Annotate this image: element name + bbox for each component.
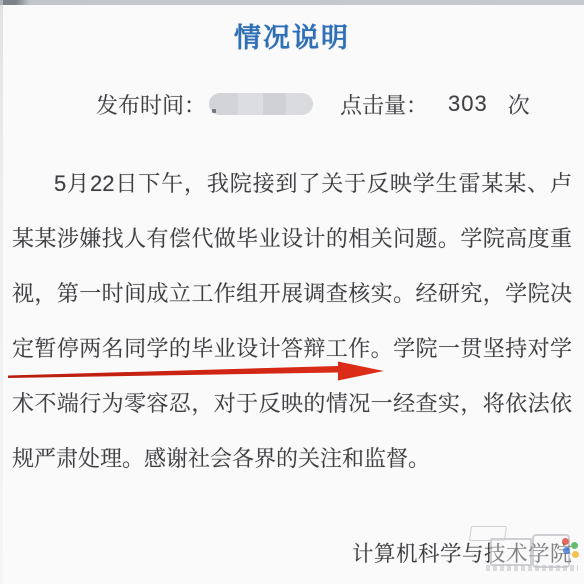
body-line: 5月22日下午，我院接到了关于反映学生雷某某、卢 [12, 156, 572, 211]
publish-time-redacted-value [209, 93, 313, 115]
top-edge-strip [0, 0, 584, 5]
views-unit: 次 [508, 89, 530, 120]
views-count: 303 [448, 91, 488, 117]
watermark-logo-icon [490, 538, 532, 566]
body-line: 术不端行为零容忍，对于反映的情况一经查实，将依法依 [12, 376, 572, 431]
watermark-color-dots-icon [560, 538, 582, 560]
site-watermark [468, 524, 584, 578]
views-label: 点击量： [340, 89, 428, 120]
left-edge-shade [0, 0, 3, 584]
body-line: 某某涉嫌找人有偿代做毕业设计的相关问题。学院高度重 [12, 211, 572, 266]
notice-body: 5月22日下午，我院接到了关于反映学生雷某某、卢 某某涉嫌找人有偿代做毕业设计的… [12, 156, 572, 486]
notice-page: 情况说明 发布时间： 点击量： 303 次 5月22日下午，我院接到了关于反映学… [0, 0, 584, 584]
body-line: 规严肃处理。感谢社会各界的关注和监督。 [12, 431, 572, 486]
red-arrow-icon [8, 360, 384, 384]
watermark-caption [486, 565, 578, 571]
publish-time-label: 发布时间： [96, 89, 206, 120]
page-title: 情况说明 [0, 22, 584, 56]
meta-row: 发布时间： 点击量： 303 次 [96, 90, 530, 118]
body-line: 视，第一时间成立工作组开展调查核实。经研究，学院决 [12, 266, 572, 321]
